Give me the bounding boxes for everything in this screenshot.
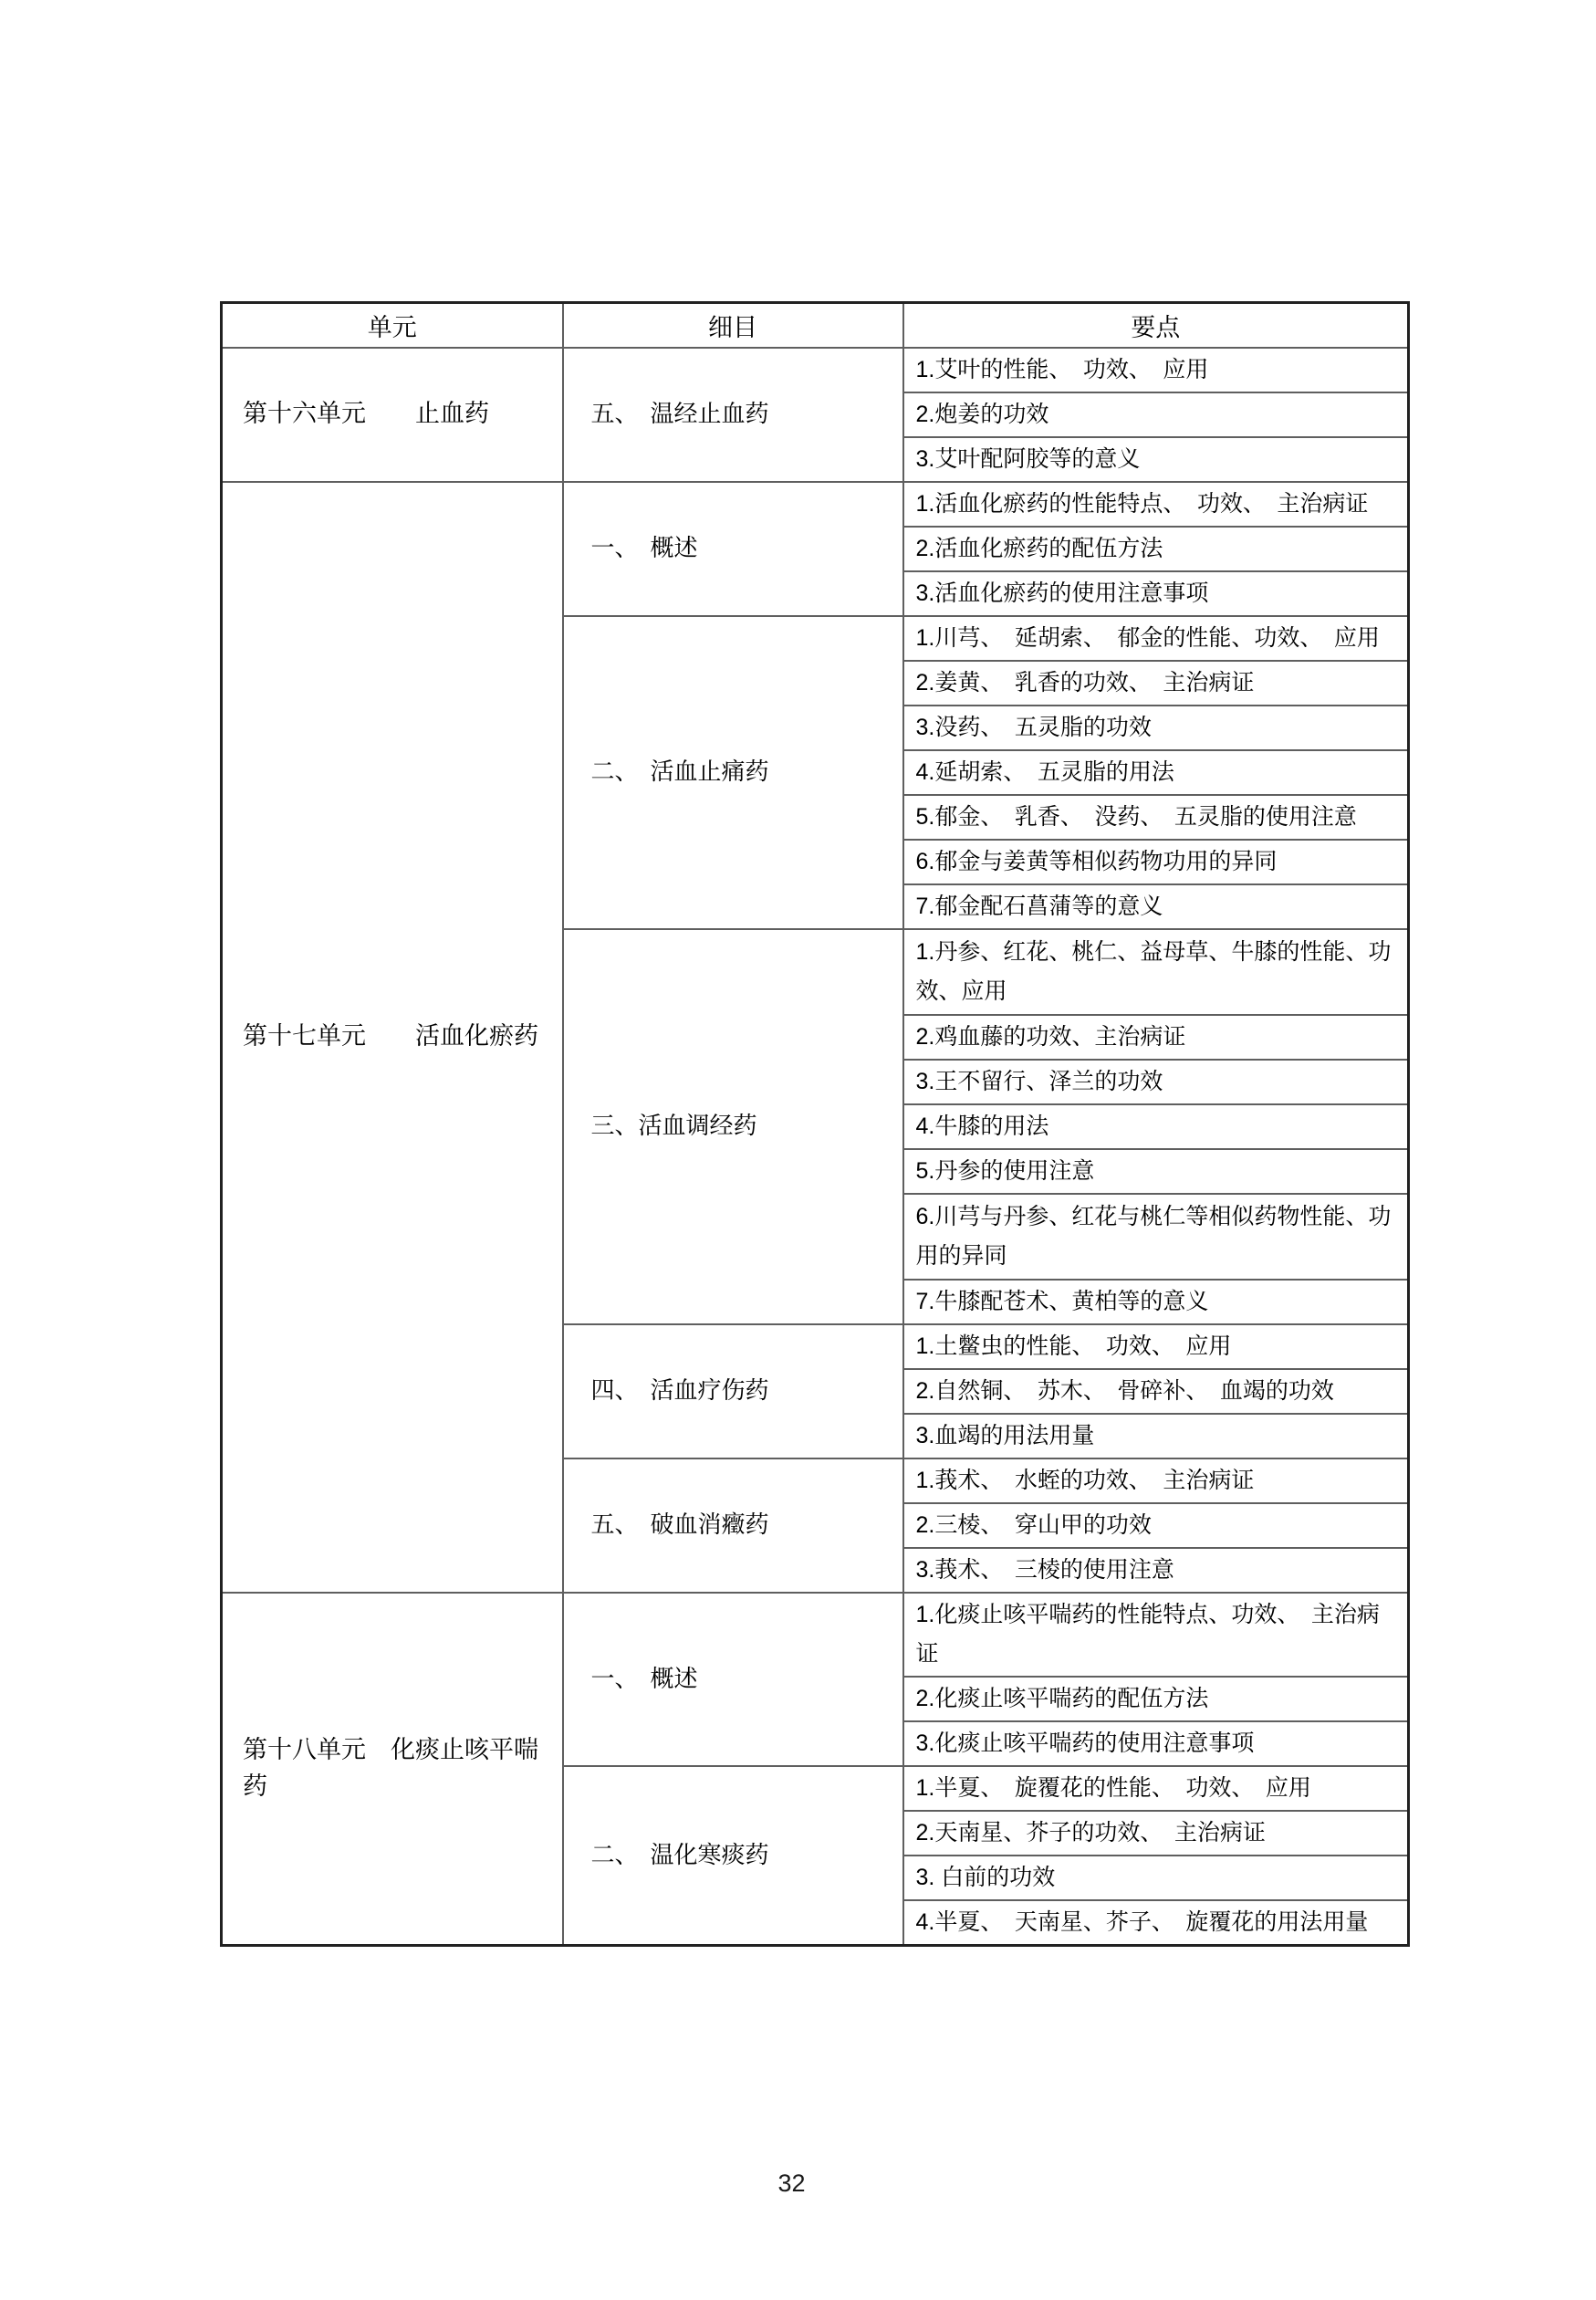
section-cell: 一、 概述 bbox=[563, 482, 903, 616]
point-cell: 2.活血化瘀药的配伍方法 bbox=[903, 527, 1409, 571]
syllabus-table: 单元 细目 要点 第十六单元 止血药 五、 温经止血药 1.艾叶的性能、 功效、… bbox=[220, 301, 1410, 1947]
point-cell: 2.炮姜的功效 bbox=[903, 392, 1409, 437]
point-cell: 1.川芎、 延胡索、 郁金的性能、功效、 应用 bbox=[903, 616, 1409, 661]
table-row: 第十八单元 化痰止咳平喘药 一、 概述 1.化痰止咳平喘药的性能特点、功效、 主… bbox=[222, 1593, 1409, 1677]
point-cell: 7.牛膝配苍术、黄柏等的意义 bbox=[903, 1280, 1409, 1324]
header-cell-unit: 单元 bbox=[222, 303, 563, 348]
point-cell: 4.牛膝的用法 bbox=[903, 1104, 1409, 1149]
point-cell: 2.姜黄、 乳香的功效、 主治病证 bbox=[903, 661, 1409, 706]
point-cell: 3.莪术、 三棱的使用注意 bbox=[903, 1548, 1409, 1593]
point-cell: 2.天南星、芥子的功效、 主治病证 bbox=[903, 1811, 1409, 1856]
point-cell: 3.艾叶配阿胶等的意义 bbox=[903, 437, 1409, 482]
point-cell: 4.延胡索、 五灵脂的用法 bbox=[903, 750, 1409, 795]
unit-cell: 第十八单元 化痰止咳平喘药 bbox=[222, 1593, 563, 1946]
point-cell: 4.半夏、 天南星、芥子、 旋覆花的用法用量 bbox=[903, 1900, 1409, 1946]
point-cell: 5.郁金、 乳香、 没药、 五灵脂的使用注意 bbox=[903, 795, 1409, 840]
point-cell: 1.丹参、红花、桃仁、益母草、牛膝的性能、功 效、应用 bbox=[903, 929, 1409, 1015]
point-cell: 3.血竭的用法用量 bbox=[903, 1414, 1409, 1458]
unit-cell: 第十七单元 活血化瘀药 bbox=[222, 482, 563, 1593]
point-cell: 3.活血化瘀药的使用注意事项 bbox=[903, 571, 1409, 616]
table-row: 第十六单元 止血药 五、 温经止血药 1.艾叶的性能、 功效、 应用 bbox=[222, 348, 1409, 392]
section-cell: 五、 温经止血药 bbox=[563, 348, 903, 482]
section-cell: 二、 活血止痛药 bbox=[563, 616, 903, 929]
point-cell: 1.莪术、 水蛭的功效、 主治病证 bbox=[903, 1458, 1409, 1503]
point-cell: 2.化痰止咳平喘药的配伍方法 bbox=[903, 1677, 1409, 1721]
point-cell: 3.化痰止咳平喘药的使用注意事项 bbox=[903, 1721, 1409, 1766]
point-cell: 7.郁金配石菖蒲等的意义 bbox=[903, 884, 1409, 929]
section-cell: 四、 活血疗伤药 bbox=[563, 1324, 903, 1458]
point-cell: 6.郁金与姜黄等相似药物功用的异同 bbox=[903, 840, 1409, 884]
section-cell: 五、 破血消癥药 bbox=[563, 1458, 903, 1593]
point-cell: 5.丹参的使用注意 bbox=[903, 1149, 1409, 1194]
point-cell: 1.活血化瘀药的性能特点、 功效、 主治病证 bbox=[903, 482, 1409, 527]
point-cell: 3.没药、 五灵脂的功效 bbox=[903, 706, 1409, 750]
header-cell-section: 细目 bbox=[563, 303, 903, 348]
point-cell: 2.自然铜、 苏木、 骨碎补、 血竭的功效 bbox=[903, 1369, 1409, 1414]
section-cell: 一、 概述 bbox=[563, 1593, 903, 1766]
unit-cell: 第十六单元 止血药 bbox=[222, 348, 563, 482]
section-cell: 二、 温化寒痰药 bbox=[563, 1766, 903, 1946]
table-header-row: 单元 细目 要点 bbox=[222, 303, 1409, 348]
point-cell: 6.川芎与丹参、红花与桃仁等相似药物性能、功用的异同 bbox=[903, 1194, 1409, 1280]
point-cell: 1.化痰止咳平喘药的性能特点、功效、 主治病证 bbox=[903, 1593, 1409, 1677]
document-page: { "page": { "number": "32" }, "table": {… bbox=[0, 0, 1596, 2300]
header-cell-points: 要点 bbox=[903, 303, 1409, 348]
point-cell: 2.三棱、 穿山甲的功效 bbox=[903, 1503, 1409, 1548]
point-cell: 1.土鳖虫的性能、 功效、 应用 bbox=[903, 1324, 1409, 1369]
page-number: 32 bbox=[0, 2169, 1583, 2198]
table-row: 第十七单元 活血化瘀药 一、 概述 1.活血化瘀药的性能特点、 功效、 主治病证 bbox=[222, 482, 1409, 527]
point-cell: 3. 白前的功效 bbox=[903, 1856, 1409, 1900]
point-cell: 3.王不留行、泽兰的功效 bbox=[903, 1060, 1409, 1104]
section-cell: 三、活血调经药 bbox=[563, 929, 903, 1324]
point-cell: 1.艾叶的性能、 功效、 应用 bbox=[903, 348, 1409, 392]
point-cell: 1.半夏、 旋覆花的性能、 功效、 应用 bbox=[903, 1766, 1409, 1811]
point-cell: 2.鸡血藤的功效、主治病证 bbox=[903, 1015, 1409, 1060]
